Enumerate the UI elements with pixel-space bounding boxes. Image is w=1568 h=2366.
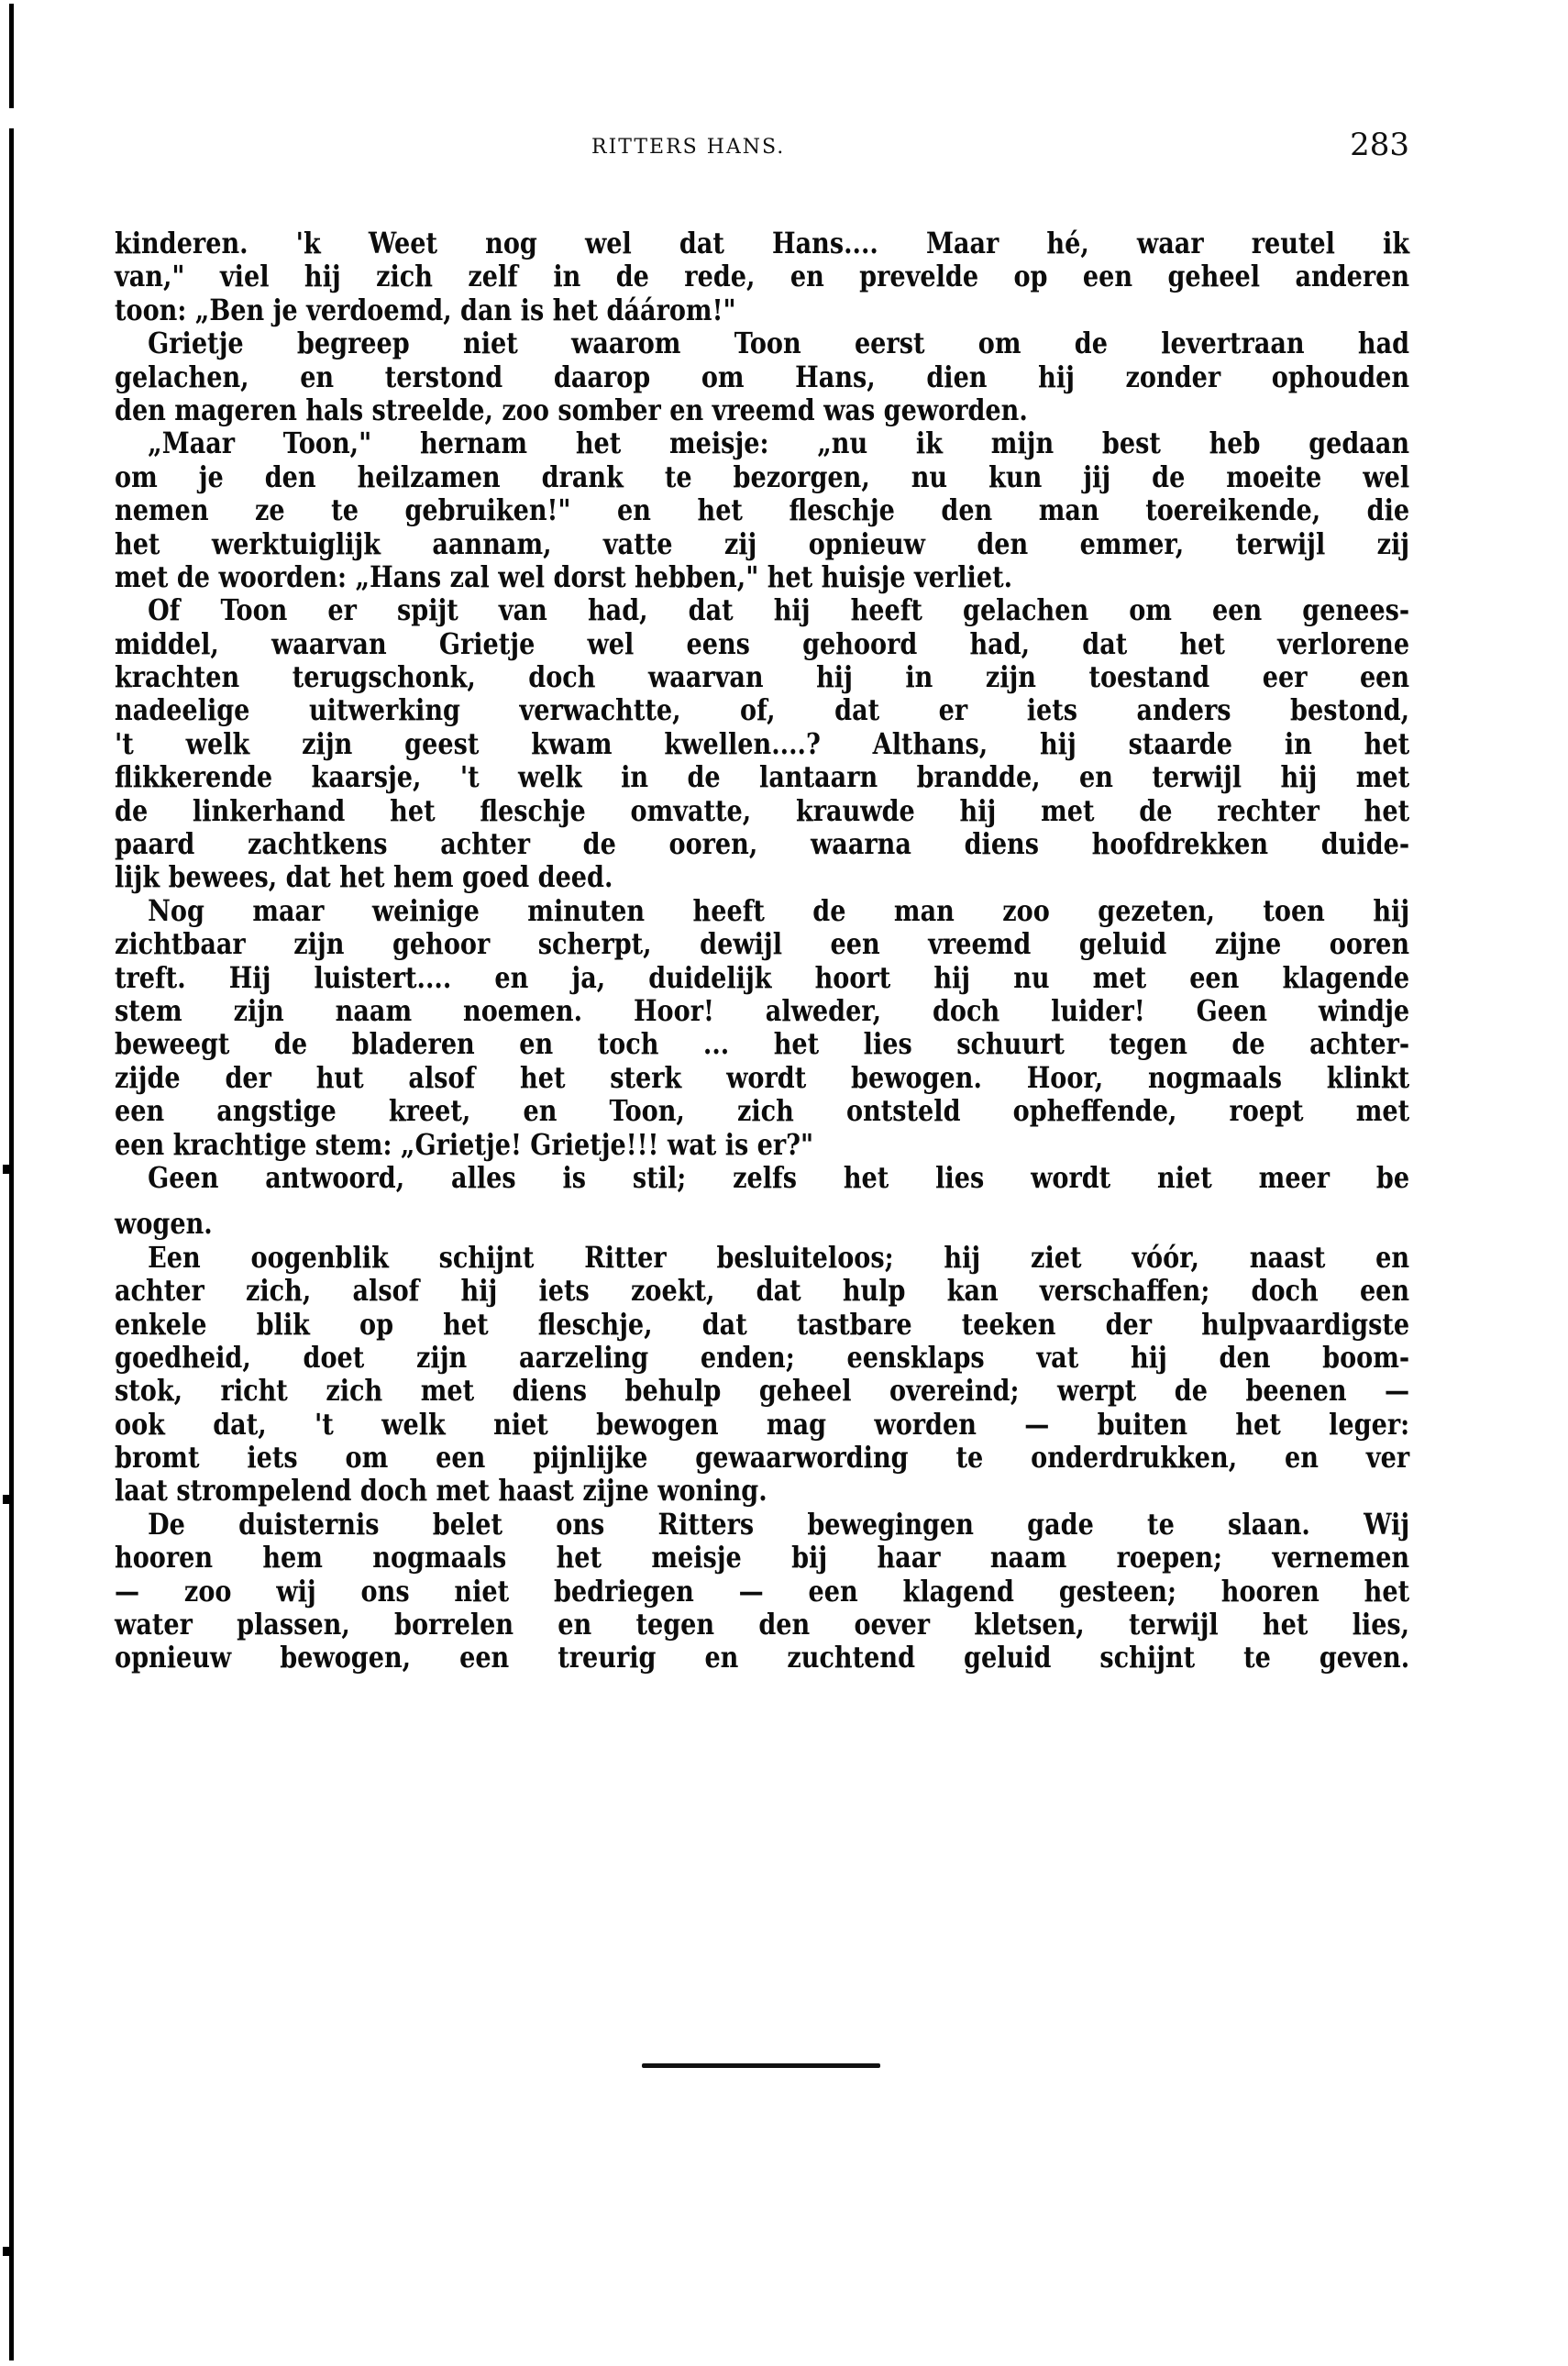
text-line: een angstige kreet, en Toon, zich ontste… (115, 1095, 1409, 1128)
text-line: toon: „Ben je verdoemd, dan is het dááro… (115, 294, 1409, 327)
text-line: stem zijn naam noemen. Hoor! alweder, do… (115, 995, 1409, 1028)
text-line: bromt iets om een pijnlijke gewaarwordin… (115, 1442, 1409, 1475)
text-line: een krachtige stem: „Grietje! Grietje!!!… (115, 1129, 1409, 1162)
text-line: — zoo wij ons niet bedriegen — een klage… (115, 1575, 1409, 1609)
body-text: kinderen. 'k Weet nog wel dat Hans.... M… (115, 227, 1409, 1675)
page-number: 283 (1350, 127, 1409, 163)
text-line: achter zich, alsof hij iets zoekt, dat h… (115, 1275, 1409, 1308)
text-line: nadeelige uitwerking verwachtte, of, dat… (115, 694, 1409, 727)
text-line: „Maar Toon," hernam het meisje: „nu ik m… (115, 427, 1409, 460)
text-line: krachten terugschonk, doch waarvan hij i… (115, 661, 1409, 694)
text-line: Een oogenblik schijnt Ritter besluiteloo… (115, 1242, 1409, 1275)
text-line: zichtbaar zijn gehoor scherpt, dewijl ee… (115, 928, 1409, 961)
text-line: met de woorden: „Hans zal wel dorst hebb… (115, 561, 1409, 594)
text-line: de linkerhand het fleschje omvatte, krau… (115, 795, 1409, 828)
scan-edge-mark (3, 1495, 14, 1504)
running-title: RITTERS HANS. (591, 136, 785, 159)
text-line: gelachen, en terstond daarop om Hans, di… (115, 361, 1409, 394)
scan-edge-mark (3, 1165, 14, 1174)
text-line: zijde der hut alsof het sterk wordt bewo… (115, 1062, 1409, 1095)
text-line: flikkerende kaarsje, 't welk in de lanta… (115, 761, 1409, 794)
text-line: Geen antwoord, alles is stil; zelfs het … (115, 1162, 1409, 1195)
text-line: Grietje begreep niet waarom Toon eerst o… (115, 327, 1409, 360)
text-line: van," viel hij zich zelf in de rede, en … (115, 260, 1409, 293)
text-line: kinderen. 'k Weet nog wel dat Hans.... M… (115, 227, 1409, 260)
scan-edge-mark (3, 2247, 14, 2256)
text-line: opnieuw bewogen, een treurig en zuchtend… (115, 1642, 1409, 1675)
text-line: middel, waarvan Grietje wel eens gehoord… (115, 628, 1409, 661)
section-end-rule (642, 2063, 880, 2068)
text-line: ook dat, 't welk niet bewogen mag worden… (115, 1409, 1409, 1442)
text-line: hooren hem nogmaals het meisje bij haar … (115, 1542, 1409, 1575)
text-line: het werktuiglijk aannam, vatte zij opnie… (115, 528, 1409, 561)
text-line: laat strompelend doch met haast zijne wo… (115, 1475, 1409, 1508)
text-line: enkele blik op het fleschje, dat tastbar… (115, 1309, 1409, 1342)
scan-edge-line (9, 4, 14, 2360)
text-line: stok, richt zich met diens behulp geheel… (115, 1375, 1409, 1408)
text-line: treft. Hij luistert.... en ja, duidelijk… (115, 962, 1409, 995)
text-line: paard zachtkens achter de ooren, waarna … (115, 828, 1409, 861)
text-line: De duisternis belet ons Ritters beweging… (115, 1509, 1409, 1542)
text-line: Of Toon er spijt van had, dat hij heeft … (115, 594, 1409, 627)
text-line: 't welk zijn geest kwam kwellen....? Alt… (115, 728, 1409, 761)
text-line: goedheid, doet zijn aarzeling enden; een… (115, 1342, 1409, 1375)
scan-edge-gap (7, 108, 17, 128)
text-line: Nog maar weinige minuten heeft de man zo… (115, 895, 1409, 928)
text-line: nemen ze te gebruiken!" en het fleschje … (115, 494, 1409, 527)
text-line: lijk bewees, dat het hem goed deed. (115, 861, 1409, 894)
page-header: RITTERS HANS. 283 (115, 127, 1409, 163)
text-line: wogen. (115, 1208, 1409, 1241)
text-line: den mageren hals streelde, zoo somber en… (115, 394, 1409, 427)
text-line: water plassen, borrelen en tegen den oev… (115, 1609, 1409, 1642)
text-line: beweegt de bladeren en toch ... het lies… (115, 1028, 1409, 1061)
text-line: om je den heilzamen drank te bezorgen, n… (115, 461, 1409, 494)
